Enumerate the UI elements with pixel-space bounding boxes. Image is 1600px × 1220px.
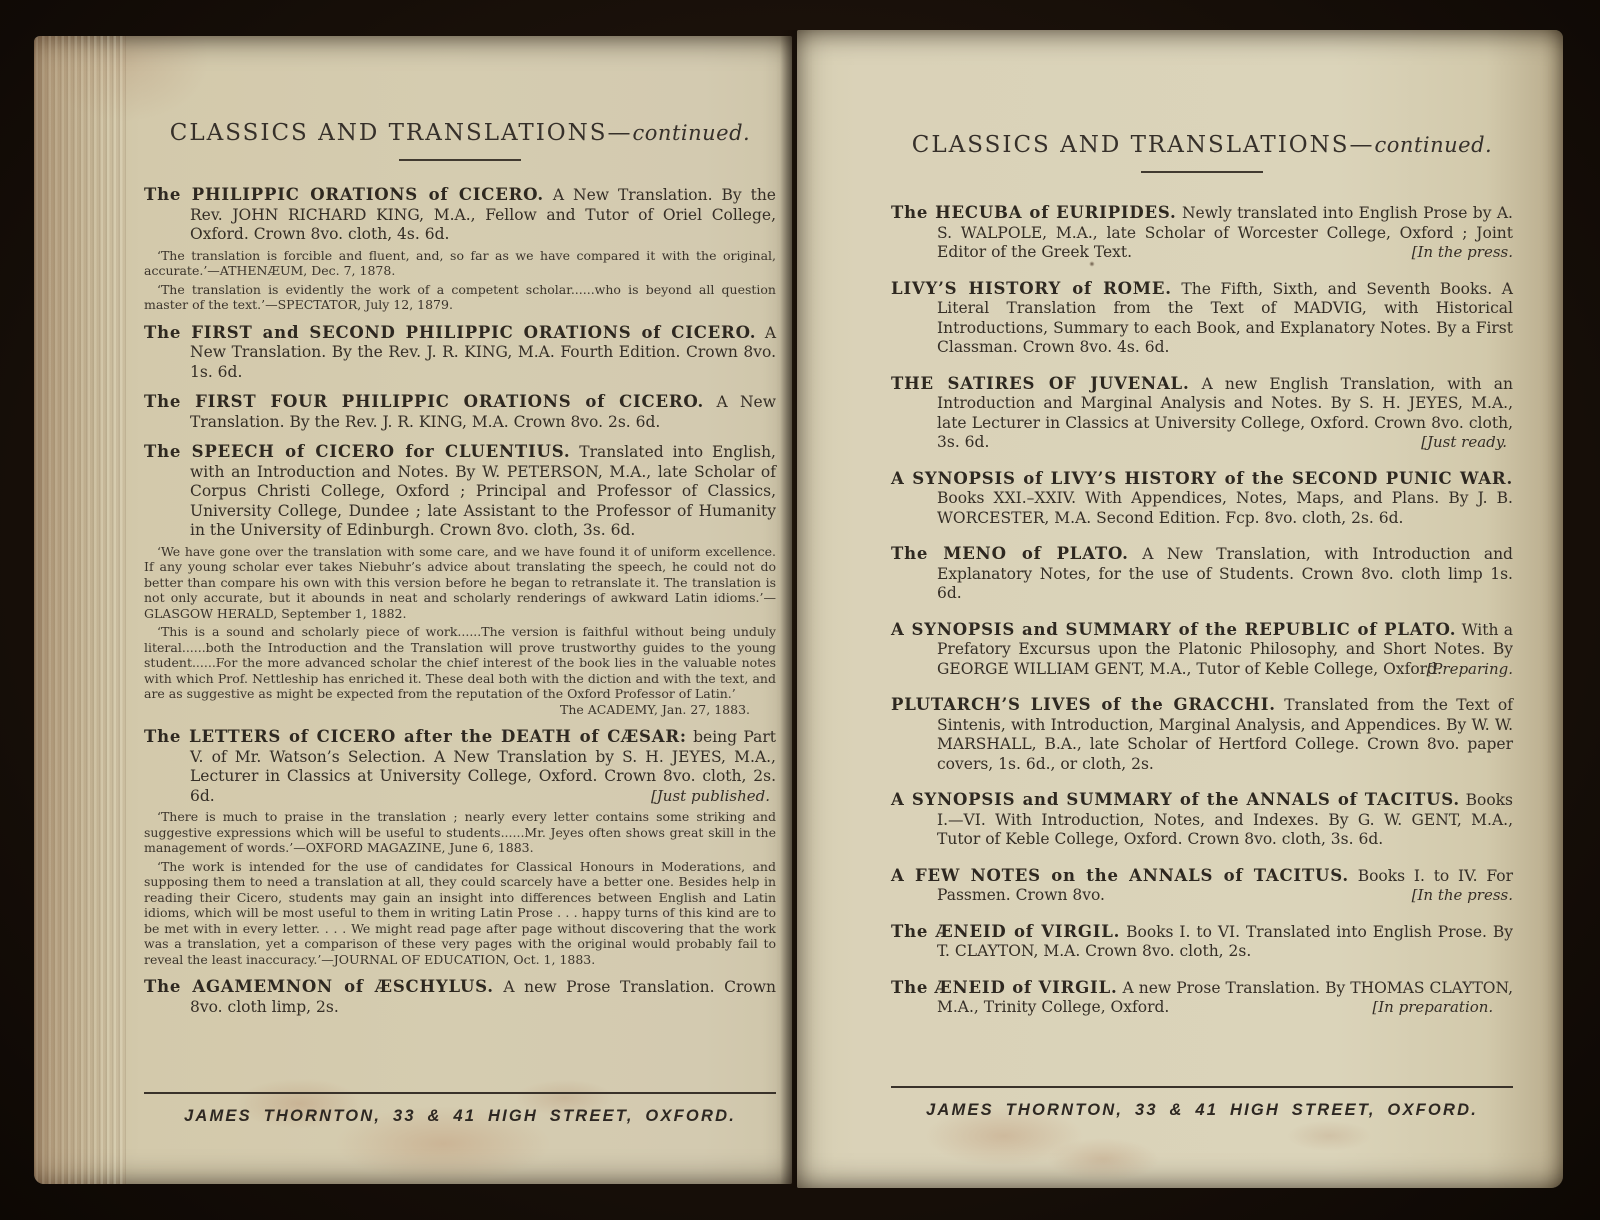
listing-title: A SYNOPSIS and SUMMARY of the REPUBLIC o… [891, 620, 1456, 639]
review-quote: The ACADEMY, Jan. 27, 1883. [144, 702, 776, 718]
book-listing: A SYNOPSIS and SUMMARY of the ANNALS of … [891, 790, 1513, 850]
availability-note: [In the press. [1458, 243, 1513, 263]
listing-title: The LETTERS of CICERO after the DEATH of… [144, 727, 687, 746]
book-listing: The AGAMEMNON of ÆSCHYLUS. A new Prose T… [144, 977, 776, 1017]
listing-text: The FIRST and SECOND PHILIPPIC ORATIONS … [144, 323, 776, 383]
listing-text: A FEW NOTES on the ANNALS of TACITUS. Bo… [891, 866, 1513, 906]
listing-title: PLUTARCH’S LIVES of the GRACCHI. [891, 695, 1276, 714]
listing-title: A FEW NOTES on the ANNALS of TACITUS. [891, 866, 1349, 885]
review-quote: ‘The translation is forcible and fluent,… [144, 248, 776, 279]
listing-text: LIVY’S HISTORY of ROME. The Fifth, Sixth… [891, 279, 1513, 358]
listing-title: The PHILIPPIC ORATIONS of CICERO. [144, 185, 544, 204]
listing-text: A SYNOPSIS of LIVY’S HISTORY of the SECO… [891, 469, 1513, 529]
listing-title: The SPEECH of CICERO for CLUENTIUS. [144, 442, 570, 461]
listing-title: A SYNOPSIS and SUMMARY of the ANNALS of … [891, 790, 1460, 809]
book-listing: PLUTARCH’S LIVES of the GRACCHI. Transla… [891, 695, 1513, 774]
listing-title: The FIRST and SECOND PHILIPPIC ORATIONS … [144, 323, 756, 342]
listing-title: The AGAMEMNON of ÆSCHYLUS. [144, 977, 494, 996]
footer-rule [144, 1092, 776, 1094]
listing-title: The MENO of PLATO. [891, 544, 1129, 563]
page-title: CLASSICS AND TRANSLATIONS—continued. [144, 120, 776, 146]
availability-note: [In preparation. [1418, 998, 1513, 1018]
footer-rule [891, 1086, 1513, 1088]
book-listing: THE SATIRES OF JUVENAL. A new English Tr… [891, 374, 1513, 453]
listing-text: The ÆNEID of VIRGIL. Books I. to VI. Tra… [891, 922, 1513, 962]
review-quote: ‘The translation is evidently the work o… [144, 282, 776, 313]
right-page-footer: JAMES THORNTON, 33 & 41 HIGH STREET, OXF… [891, 1086, 1513, 1120]
right-page-content: CLASSICS AND TRANSLATIONS—continued. The… [891, 132, 1513, 1034]
listing-title: THE SATIRES OF JUVENAL. [891, 374, 1190, 393]
right-page-header: CLASSICS AND TRANSLATIONS—continued. [891, 132, 1513, 173]
book-listing: The ÆNEID of VIRGIL. A new Prose Transla… [891, 978, 1513, 1018]
listing-text: A SYNOPSIS and SUMMARY of the ANNALS of … [891, 790, 1513, 850]
page-fore-edge [34, 36, 126, 1184]
book-listing: The ÆNEID of VIRGIL. Books I. to VI. Tra… [891, 922, 1513, 962]
listing-text: PLUTARCH’S LIVES of the GRACCHI. Transla… [891, 695, 1513, 774]
listing-text: The ÆNEID of VIRGIL. A new Prose Transla… [891, 978, 1513, 1018]
availability-note: [Preparing. [1472, 660, 1513, 680]
availability-note: [Just published. [697, 787, 776, 807]
review-quote: ‘The work is intended for the use of can… [144, 859, 776, 968]
book-listing: The LETTERS of CICERO after the DEATH of… [144, 727, 776, 967]
listing-title: The FIRST FOUR PHILIPPIC ORATIONS of CIC… [144, 392, 704, 411]
review-quote: ‘We have gone over the translation with … [144, 544, 776, 622]
listing-text: The HECUBA of EURIPIDES. Newly translate… [891, 203, 1513, 263]
listing-text: The FIRST FOUR PHILIPPIC ORATIONS of CIC… [144, 392, 776, 432]
book-listing: The FIRST FOUR PHILIPPIC ORATIONS of CIC… [144, 392, 776, 432]
listing-text: A SYNOPSIS and SUMMARY of the REPUBLIC o… [891, 620, 1513, 680]
publisher-imprint: JAMES THORNTON, 33 & 41 HIGH STREET, OXF… [891, 1101, 1513, 1120]
listing-text: The AGAMEMNON of ÆSCHYLUS. A new Prose T… [144, 977, 776, 1017]
book-listing: The SPEECH of CICERO for CLUENTIUS. Tran… [144, 442, 776, 717]
availability-note: [In the press. [1458, 886, 1513, 906]
page-title: CLASSICS AND TRANSLATIONS—continued. [891, 132, 1513, 158]
listing-title: The ÆNEID of VIRGIL. [891, 922, 1120, 941]
review-quote: ‘This is a sound and scholarly piece of … [144, 624, 776, 702]
header-rule [1141, 171, 1263, 173]
listing-text: THE SATIRES OF JUVENAL. A new English Tr… [891, 374, 1513, 453]
right-book-listings: The HECUBA of EURIPIDES. Newly translate… [891, 203, 1513, 1018]
book-listing: LIVY’S HISTORY of ROME. The Fifth, Sixth… [891, 279, 1513, 358]
page-title-main: CLASSICS AND TRANSLATIONS— [912, 132, 1375, 158]
book-listing: A FEW NOTES on the ANNALS of TACITUS. Bo… [891, 866, 1513, 906]
book-listing: The HECUBA of EURIPIDES. Newly translate… [891, 203, 1513, 263]
page-title-continued: continued. [633, 121, 751, 145]
open-book: CLASSICS AND TRANSLATIONS—continued. The… [0, 0, 1600, 1220]
listing-title: The HECUBA of EURIPIDES. [891, 203, 1177, 222]
left-page: CLASSICS AND TRANSLATIONS—continued. The… [34, 36, 792, 1184]
listing-text: The SPEECH of CICERO for CLUENTIUS. Tran… [144, 442, 776, 541]
review-quote: ‘There is much to praise in the translat… [144, 809, 776, 856]
left-book-listings: The PHILIPPIC ORATIONS of CICERO. A New … [144, 185, 776, 1017]
listing-text: The PHILIPPIC ORATIONS of CICERO. A New … [144, 185, 776, 245]
listing-description: Books XXI.–XXIV. With Appendices, Notes,… [937, 489, 1513, 527]
book-listing: The MENO of PLATO. A New Translation, wi… [891, 544, 1513, 604]
header-rule [399, 159, 521, 161]
listing-title: The ÆNEID of VIRGIL. [891, 978, 1118, 997]
right-page: CLASSICS AND TRANSLATIONS—continued. The… [797, 30, 1563, 1188]
publisher-imprint: JAMES THORNTON, 33 & 41 HIGH STREET, OXF… [144, 1107, 776, 1126]
listing-text: The LETTERS of CICERO after the DEATH of… [144, 727, 776, 806]
page-title-continued: continued. [1375, 133, 1493, 157]
book-listing: The FIRST and SECOND PHILIPPIC ORATIONS … [144, 323, 776, 383]
page-title-main: CLASSICS AND TRANSLATIONS— [170, 120, 633, 146]
left-page-footer: JAMES THORNTON, 33 & 41 HIGH STREET, OXF… [144, 1092, 776, 1126]
left-page-header: CLASSICS AND TRANSLATIONS—continued. [144, 120, 776, 161]
listing-text: The MENO of PLATO. A New Translation, wi… [891, 544, 1513, 604]
listing-title: LIVY’S HISTORY of ROME. [891, 279, 1172, 298]
book-listing: A SYNOPSIS and SUMMARY of the REPUBLIC o… [891, 620, 1513, 680]
book-listing: A SYNOPSIS of LIVY’S HISTORY of the SECO… [891, 469, 1513, 529]
availability-note: [Just ready. [1467, 433, 1513, 453]
book-listing: The PHILIPPIC ORATIONS of CICERO. A New … [144, 185, 776, 313]
left-page-content: CLASSICS AND TRANSLATIONS—continued. The… [144, 120, 776, 1027]
listing-title: A SYNOPSIS of LIVY’S HISTORY of the SECO… [891, 469, 1513, 488]
